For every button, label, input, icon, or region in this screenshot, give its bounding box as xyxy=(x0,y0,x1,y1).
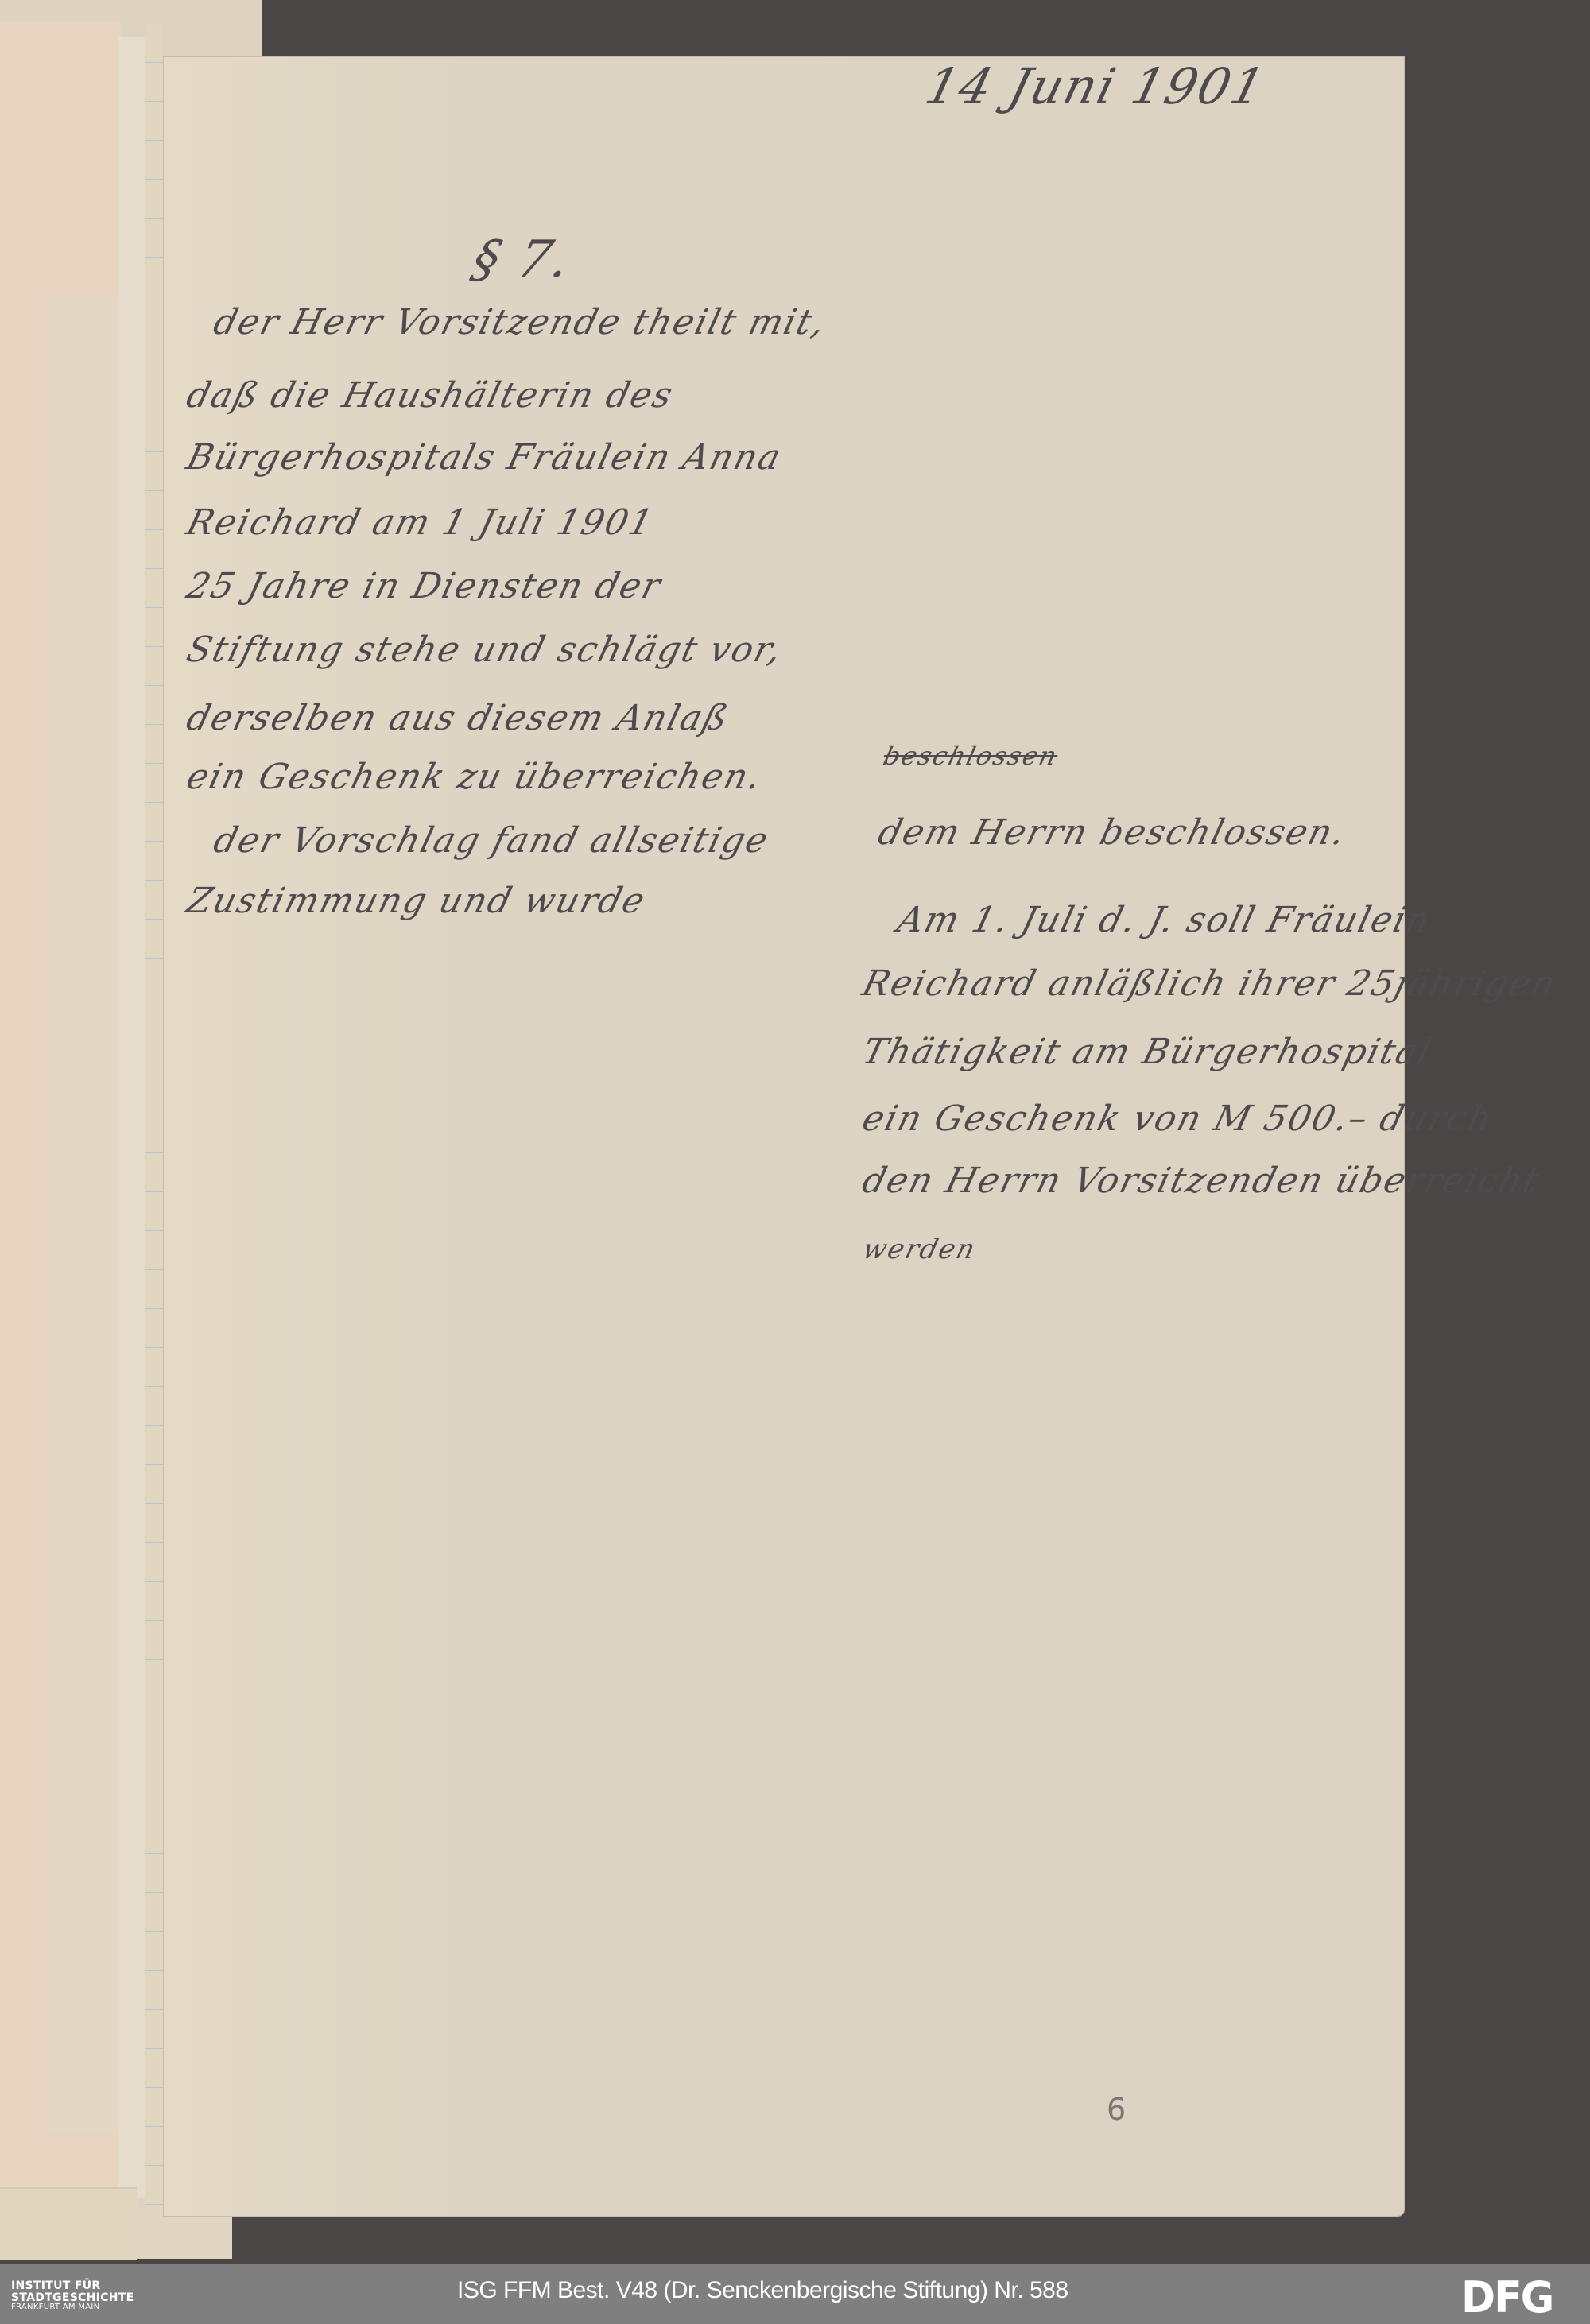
text-line: ein Geschenk zu überreichen. xyxy=(183,757,766,797)
institute-name-line2: STADTGESCHICHTE xyxy=(11,2292,134,2304)
struck-word: beschlossen xyxy=(880,741,1061,771)
text-line: Bürgerhospitals Fräulein Anna xyxy=(183,437,786,478)
text-line: der Herr Vorsitzende theilt mit, xyxy=(210,302,831,343)
institute-location: FRANKFURT AM MAIN xyxy=(11,2303,134,2312)
text-line: 25 Jahre in Diensten der xyxy=(183,566,666,606)
archive-footer: INSTITUT FÜR STADTGESCHICHTE FRANKFURT A… xyxy=(0,2264,1590,2324)
underlying-sheet-bottom-mid xyxy=(137,2210,232,2259)
text-line: Stiftung stehe und schlägt vor, xyxy=(183,629,787,670)
text-line: werden xyxy=(859,1234,979,1265)
text-line: Zustimmung und wurde xyxy=(183,881,650,921)
text-line: derselben aus diesem Anlaß xyxy=(183,698,734,738)
text-line: Thätigkeit am Bürgerhospital xyxy=(859,1032,1437,1072)
text-line: Reichard am 1 Juli 1901 xyxy=(183,502,658,543)
text-line: daß die Haushälterin des xyxy=(183,375,678,416)
page-number: 6 xyxy=(1107,2092,1126,2127)
text-line: Am 1. Juli d. J. soll Fräulein xyxy=(894,900,1436,940)
institute-name-line1: INSTITUT FÜR xyxy=(11,2280,134,2292)
binding-strip-grid xyxy=(145,24,163,2249)
text-line: dem Herrn beschlossen. xyxy=(874,812,1351,853)
institute-logo: INSTITUT FÜR STADTGESCHICHTE FRANKFURT A… xyxy=(11,2280,134,2312)
underlying-sheet-bottom xyxy=(0,2187,137,2260)
text-line: der Vorschlag fand allseitige xyxy=(210,820,774,861)
manuscript-page: 14 Juni 1901 § 7. der Herr Vorsitzende t… xyxy=(164,57,1404,2216)
archive-caption: ISG FFM Best. V48 (Dr. Senckenbergische … xyxy=(457,2277,1068,2304)
text-line: den Herrn Vorsitzenden überreicht xyxy=(859,1160,1545,1201)
underlying-sheet-edge xyxy=(118,37,145,2198)
date-header: 14 Juni 1901 xyxy=(920,57,1272,115)
text-line: Reichard anläßlich ihrer 25jährigen xyxy=(859,963,1561,1004)
dfg-logo-icon: DFG xyxy=(1461,2273,1553,2323)
section-mark: § 7. xyxy=(467,230,578,289)
text-line: ein Geschenk von M 500.– durch xyxy=(859,1098,1498,1139)
